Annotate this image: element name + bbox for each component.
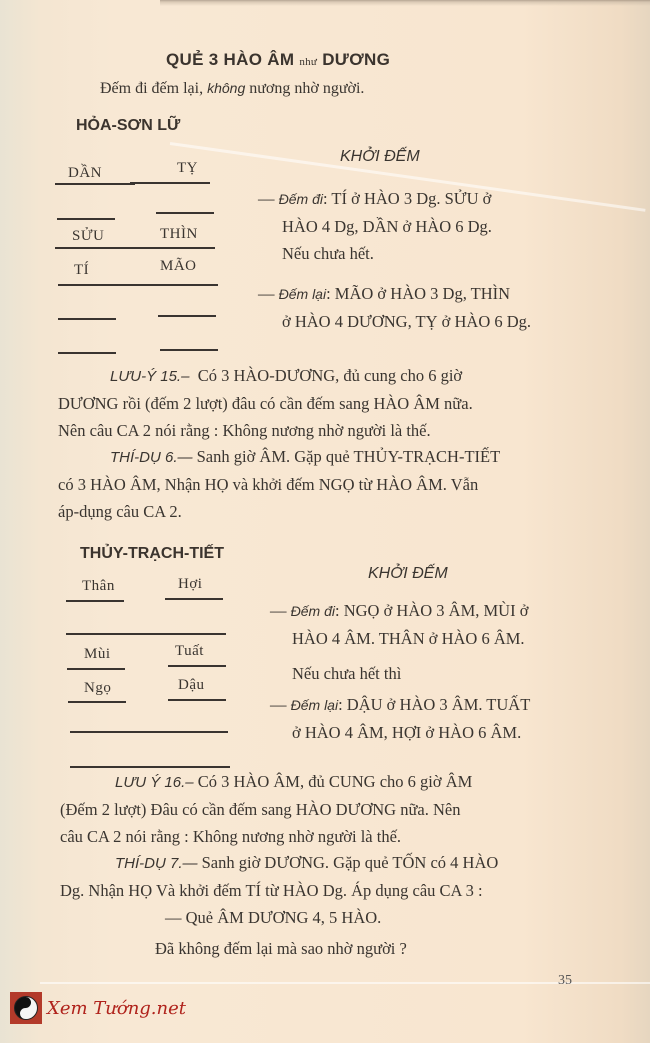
dem-di-line: Nếu chưa hết thì: [270, 660, 528, 687]
scanned-book-page: QUẺ 3 HÀO ÂM như DƯƠNG Đếm đi đếm lại, k…: [0, 0, 650, 1043]
dem-di-line: : TÍ ở HÀO 3 Dg. SỬU ở: [323, 189, 491, 208]
page-number: 35: [558, 973, 572, 989]
hexagram-1-name: HỎA-SƠN LỮ: [76, 117, 180, 135]
note-15: LƯU-Ý 15.– Có 3 HÀO-DƯƠNG, đủ cung cho 6…: [58, 362, 598, 444]
note-line: DƯƠNG rồi (đếm 2 lượt) đâu có cần đếm sa…: [58, 390, 598, 417]
label-dau: Dậu: [178, 677, 205, 694]
section-title-small: như: [299, 56, 317, 68]
example-7-label: THÍ-DỤ 7.—: [115, 855, 198, 872]
yin-line-right-4: [168, 665, 226, 667]
section-title-end: DƯƠNG: [322, 50, 390, 69]
hexagram-1-khoi-dem: KHỞI ĐẾM: [340, 148, 420, 166]
watermark-text: Xem Tướng.net: [47, 998, 186, 1019]
yin-line-right-3: [168, 699, 226, 701]
dem-di-label: Đếm đi: [291, 603, 335, 619]
dem-lai-label: Đếm lại: [291, 697, 338, 713]
yin-line-left-2: [58, 318, 116, 320]
yin-line-left-4: [67, 668, 125, 670]
yin-line-left-6: [55, 183, 135, 185]
yang-line-3: [58, 284, 218, 286]
hexagram-2-khoi-dem: KHỞI ĐẾM: [368, 565, 448, 583]
example-line: có 3 HÀO ÂM, Nhận HỌ và khởi đếm NGỌ từ …: [58, 471, 598, 498]
dem-di-label: Đếm đi: [279, 191, 323, 207]
label-mui: Mùi: [84, 646, 111, 663]
label-ty: TỴ: [177, 160, 198, 177]
watermark-logo: Xem Tướng.net: [10, 992, 186, 1024]
section-title: QUẺ 3 HÀO ÂM như DƯƠNG: [166, 50, 390, 70]
label-ti: TÍ: [74, 262, 89, 279]
note-16-label: LƯU Ý 16.–: [115, 774, 194, 791]
page-edge-shadow: [160, 0, 650, 6]
label-suu: SỬU: [72, 228, 104, 245]
hexagram-2-dem-lai: — Đếm lại: DẬU ở HÀO 3 ÂM. TUẤT ở HÀO 4 …: [270, 691, 530, 746]
yin-line-left-6: [66, 600, 124, 602]
note-line: Có 3 HÀO-DƯƠNG, đủ cung cho 6 giờ: [198, 366, 462, 385]
example-line: Sanh giờ DƯƠNG. Gặp quẻ TỐN có 4 HÀO: [202, 853, 499, 872]
note-line: câu CA 2 nói rằng : Không nương nhờ ngườ…: [60, 823, 600, 850]
dem-lai-label: Đếm lại: [279, 286, 326, 302]
label-thin: THÌN: [160, 226, 198, 243]
yin-line-right-5: [156, 212, 214, 214]
example-6-label: THÍ-DỤ 6.—: [110, 449, 193, 466]
note-15-label: LƯU-Ý 15.–: [110, 368, 189, 385]
hexagram-1-dem-lai: — Đếm lại: MÃO ở HÀO 3 Dg, THÌN ở HÀO 4 …: [258, 280, 531, 335]
note-line: Nên câu CA 2 nói rằng : Không nương nhờ …: [58, 417, 598, 444]
logo-box: [10, 992, 42, 1024]
dem-di-line: HÀO 4 ÂM. THÂN ở HÀO 6 ÂM.: [270, 625, 528, 652]
yin-line-right-6: [130, 182, 210, 184]
label-hoi: Hợi: [178, 576, 202, 593]
note-line: (Đếm 2 lượt) Đâu có cần đếm sang HÀO DƯƠ…: [60, 796, 600, 823]
label-than: Thân: [82, 578, 115, 595]
yang-line-5: [66, 633, 226, 635]
yang-line-2: [70, 731, 228, 733]
yin-line-right-6: [165, 598, 223, 600]
yin-line-left-3: [68, 701, 126, 703]
subtitle-text-end: nương nhờ người.: [245, 80, 364, 97]
hexagram-2-name: THỦY-TRẠCH-TIẾT: [80, 545, 224, 563]
example-line: áp-dụng câu CA 2.: [58, 498, 598, 525]
subtitle-text: Đếm đi đếm lại,: [100, 80, 207, 97]
yin-line-right-1: [160, 349, 218, 351]
example-line: Đã không đếm lại mà sao nhờ người ?: [60, 935, 600, 962]
note-16: LƯU Ý 16.– Có 3 HÀO ÂM, đủ CUNG cho 6 gi…: [60, 768, 600, 850]
example-line: — Quẻ ÂM DƯƠNG 4, 5 HÀO.: [60, 904, 600, 931]
hexagram-2-dem-di: — Đếm đi: NGỌ ở HÀO 3 ÂM, MÙI ở HÀO 4 ÂM…: [270, 597, 528, 687]
note-line: Có 3 HÀO ÂM, đủ CUNG cho 6 giờ ÂM: [198, 772, 473, 791]
dem-di-line: : NGỌ ở HÀO 3 ÂM, MÙI ở: [335, 601, 528, 620]
yin-line-left-1: [58, 352, 116, 354]
example-7: THÍ-DỤ 7.— Sanh giờ DƯƠNG. Gặp quẻ TỐN c…: [60, 849, 600, 962]
dem-lai-line: ở HÀO 4 ÂM, HỢI ở HÀO 6 ÂM.: [270, 719, 530, 746]
dem-lai-line: : MÃO ở HÀO 3 Dg, THÌN: [326, 284, 510, 303]
label-tuat: Tuất: [175, 643, 204, 660]
example-line: Dg. Nhận HỌ Và khởi đếm TÍ từ HÀO Dg. Áp…: [60, 877, 600, 904]
section-title-main: QUẺ 3 HÀO ÂM: [166, 50, 294, 69]
subtitle-italic: không: [207, 80, 245, 96]
example-line: Sanh giờ ÂM. Gặp quẻ THỦY-TRẠCH-TIẾT: [197, 447, 501, 466]
label-dan: DẦN: [68, 165, 102, 182]
yin-yang-icon: [14, 996, 38, 1020]
section-subtitle: Đếm đi đếm lại, không nương nhờ người.: [100, 80, 364, 98]
dem-di-line: Nếu chưa hết.: [258, 240, 492, 267]
dem-di-line: HÀO 4 Dg, DẦN ở HÀO 6 Dg.: [258, 213, 492, 240]
yin-line-left-5: [57, 218, 115, 220]
label-ngo: Ngọ: [84, 680, 111, 697]
example-6: THÍ-DỤ 6.— Sanh giờ ÂM. Gặp quẻ THỦY-TRẠ…: [58, 443, 598, 525]
dem-lai-line: : DẬU ở HÀO 3 ÂM. TUẤT: [338, 695, 530, 714]
yin-line-right-2: [158, 315, 216, 317]
hexagram-1-dem-di: — Đếm đi: TÍ ở HÀO 3 Dg. SỬU ở HÀO 4 Dg,…: [258, 185, 492, 267]
yang-line-4: [55, 247, 215, 249]
dem-lai-line: ở HÀO 4 DƯƠNG, TỴ ở HÀO 6 Dg.: [258, 308, 531, 335]
label-mao: MÃO: [160, 258, 197, 275]
